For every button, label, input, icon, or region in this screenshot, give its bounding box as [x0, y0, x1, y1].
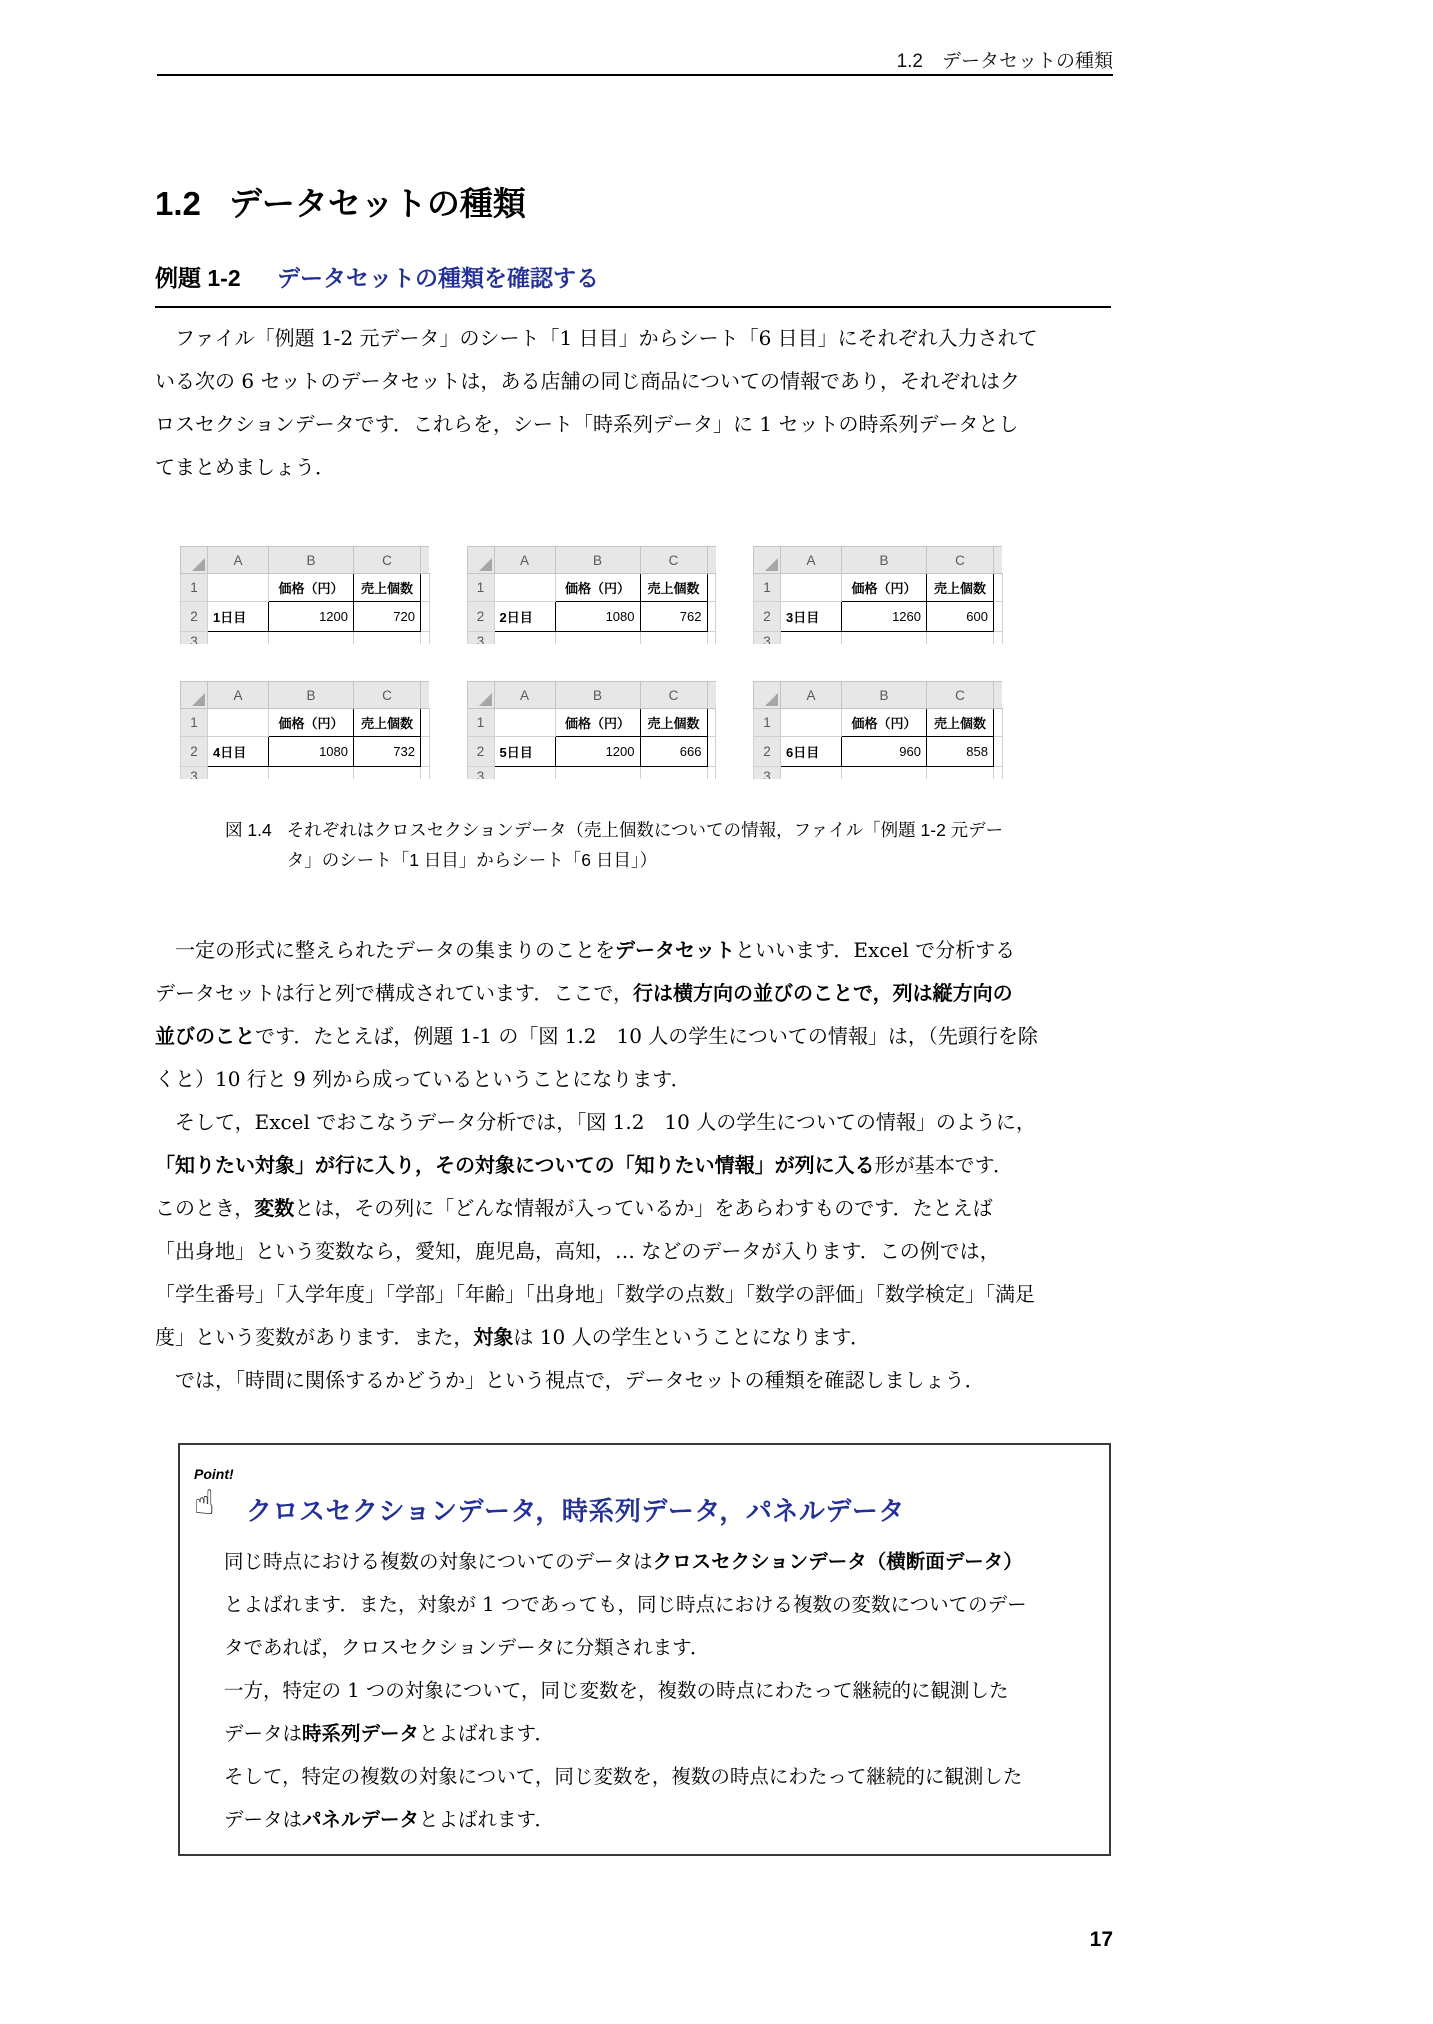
- excel-column-header-row: A B C: [467, 682, 716, 709]
- text-segment: では，「時間に関係するかどうか」という視点で，データセットの種類を確認しましょう…: [155, 1368, 985, 1392]
- excel-cell-partial: [707, 632, 716, 645]
- excel-col-header-b: B: [842, 682, 927, 709]
- excel-cell-empty: [208, 632, 269, 645]
- text-segment: ロスセクションデータです．これらを，シート「時系列データ」に 1 セットの時系列…: [155, 412, 1018, 436]
- text-line: 「学生番号」「入学年度」「学部」「年齢」「出身地」「数学の点数」「数学の評価」「…: [155, 1273, 1113, 1316]
- example-title: データセットの種類を確認する: [277, 265, 599, 291]
- excel-row-header-2: 2: [467, 737, 494, 767]
- excel-cell-empty: [781, 767, 842, 780]
- excel-row-header-3-digit: 3: [468, 632, 494, 644]
- excel-row-1: 1 価格（円） 売上個数: [754, 574, 1003, 602]
- excel-cell-empty: [555, 632, 640, 645]
- excel-cell-price-header: 価格（円）: [555, 709, 640, 737]
- excel-row-3-cut: 3: [181, 632, 430, 645]
- corner-triangle-icon: [192, 558, 205, 571]
- point-icon-column: Point! ☝: [194, 1465, 244, 1523]
- excel-sheet-screenshot: A B C 1 価格（円） 売上個数 2 3日目 1260 600 3: [753, 546, 1003, 644]
- excel-select-all-corner: [181, 547, 208, 574]
- point-box-header: Point! ☝ クロスセクションデータ，時系列データ，パネルデータ: [180, 1445, 1109, 1528]
- excel-col-header-c: C: [354, 547, 421, 574]
- excel-row-3-cut: 3: [467, 767, 716, 780]
- excel-cell-qty-header: 売上個数: [640, 709, 707, 737]
- text-line: このとき，変数とは，その列に「どんな情報が入っているか」をあらわすものです．たと…: [155, 1187, 1113, 1230]
- excel-column-header-row: A B C: [181, 547, 430, 574]
- bold-text-segment: データセット: [615, 940, 735, 962]
- excel-cell-partial: [421, 632, 430, 645]
- excel-cell-empty: [494, 767, 555, 780]
- excel-cell-price-value: 960: [842, 737, 927, 767]
- excel-row-header-3: 3: [467, 632, 494, 645]
- excel-cell-qty-value: 666: [640, 737, 707, 767]
- excel-cell-qty-header: 売上個数: [640, 574, 707, 602]
- excel-row-2: 2 3日目 1260 600: [754, 602, 1003, 632]
- text-segment: くと）10 行と 9 列から成っているということになります．: [155, 1067, 691, 1091]
- excel-col-header-b: B: [842, 547, 927, 574]
- excel-sheet-screenshot: A B C 1 価格（円） 売上個数 2 4日目 1080 732 3: [180, 681, 430, 779]
- excel-row-1: 1 価格（円） 売上個数: [754, 709, 1003, 737]
- bold-text-segment: 「知りたい対象」が行に入り，その対象についての「知りたい情報」が列に入る: [155, 1155, 875, 1177]
- excel-cell-qty-value: 858: [927, 737, 994, 767]
- excel-cell-partial: [421, 709, 430, 737]
- excel-cell-a1-empty: [208, 709, 269, 737]
- excel-row-2: 2 2日目 1080 762: [467, 602, 716, 632]
- text-segment: 一方，特定の 1 つの対象について，同じ変数を，複数の時点にわたって継続的に観測…: [224, 1679, 1009, 1702]
- excel-row-header-3-digit: 3: [754, 632, 780, 644]
- excel-cell-qty-value: 732: [354, 737, 421, 767]
- excel-column-header-row: A B C: [467, 547, 716, 574]
- text-segment: です．たとえば，例題 1-1 の「図 1.2 10 人の学生についての情報」は，…: [255, 1024, 1038, 1048]
- caption-line: それぞれはクロスセクションデータ（売上個数についての情報，ファイル「例題 1-2…: [287, 815, 1003, 845]
- text-segment: てまとめましょう．: [155, 455, 335, 479]
- excel-row-header-1: 1: [754, 574, 781, 602]
- excel-row-1: 1 価格（円） 売上個数: [467, 709, 716, 737]
- example-heading: 例題 1-2 データセットの種類を確認する: [155, 260, 1111, 308]
- excel-cell-partial: [994, 709, 1003, 737]
- text-line: タであれば，クロスセクションデータに分類されます．: [224, 1626, 1071, 1669]
- excel-cell-day-label: 1日目: [208, 602, 269, 632]
- corner-triangle-icon: [765, 558, 778, 571]
- excel-cell-partial: [994, 737, 1003, 767]
- excel-select-all-corner: [467, 547, 494, 574]
- excel-sheet-screenshot: A B C 1 価格（円） 売上個数 2 2日目 1080 762 3: [467, 546, 717, 644]
- point-box-body: 同じ時点における複数の対象についてのデータはクロスセクションデータ（横断面データ…: [180, 1528, 1109, 1841]
- corner-triangle-icon: [192, 693, 205, 706]
- excel-col-header-c: C: [927, 547, 994, 574]
- excel-cell-empty: [842, 767, 927, 780]
- text-segment: は 10 人の学生ということになります．: [513, 1325, 870, 1349]
- excel-cell-a1-empty: [208, 574, 269, 602]
- point-label: Point!: [194, 1465, 234, 1483]
- text-line: ロスセクションデータです．これらを，シート「時系列データ」に 1 セットの時系列…: [155, 403, 1113, 446]
- text-line: 「知りたい対象」が行に入り，その対象についての「知りたい情報」が列に入る形が基本…: [155, 1144, 1113, 1187]
- excel-row-2: 2 6日目 960 858: [754, 737, 1003, 767]
- excel-cell-empty: [354, 767, 421, 780]
- excel-row-3-cut: 3: [467, 632, 716, 645]
- excel-column-header-row: A B C: [181, 682, 430, 709]
- excel-figure-row-1: A B C 1 価格（円） 売上個数 2 1日目 1200 720 3: [180, 546, 1003, 644]
- excel-row-3-cut: 3: [181, 767, 430, 780]
- text-segment: といいます．Excel で分析する: [735, 938, 1015, 962]
- text-segment: とよばれます．: [419, 1722, 554, 1745]
- text-segment: 「出身地」という変数なら，愛知，鹿児島，高知，… などのデータが入ります．この例…: [155, 1239, 1000, 1263]
- excel-cell-a1-empty: [494, 709, 555, 737]
- text-line: 並びのことです．たとえば，例題 1-1 の「図 1.2 10 人の学生についての…: [155, 1015, 1113, 1058]
- textbook-page: 1.2 データセットの種類 1.2データセットの種類 例題 1-2 データセット…: [0, 0, 1433, 2024]
- section-name: データセットの種類: [229, 185, 526, 222]
- excel-cell-price-header: 価格（円）: [842, 574, 927, 602]
- running-header: 1.2 データセットの種類: [157, 46, 1113, 76]
- text-segment: データセットは行と列で構成されています．ここで，: [155, 981, 633, 1005]
- excel-cell-empty: [927, 632, 994, 645]
- text-segment: 同じ時点における複数の対象についてのデータは: [224, 1550, 653, 1573]
- excel-row-3-cut: 3: [754, 632, 1003, 645]
- excel-cell-qty-header: 売上個数: [927, 574, 994, 602]
- excel-cell-partial: [994, 602, 1003, 632]
- excel-cell-partial: [421, 602, 430, 632]
- bold-text-segment: 並びのこと: [155, 1026, 255, 1048]
- excel-cell-qty-header: 売上個数: [927, 709, 994, 737]
- excel-sheet-screenshot: A B C 1 価格（円） 売上個数 2 6日目 960 858 3: [753, 681, 1003, 779]
- excel-cell-price-header: 価格（円）: [269, 574, 354, 602]
- excel-col-header-b: B: [555, 547, 640, 574]
- excel-row-header-1: 1: [467, 709, 494, 737]
- text-line: 同じ時点における複数の対象についてのデータはクロスセクションデータ（横断面データ…: [224, 1540, 1071, 1583]
- excel-select-all-corner: [181, 682, 208, 709]
- text-segment: とよばれます．: [419, 1808, 554, 1831]
- excel-cell-price-value: 1200: [269, 602, 354, 632]
- excel-col-header-b: B: [269, 547, 354, 574]
- text-segment: いる次の 6 セットのデータセットは，ある店舗の同じ商品についての情報であり，そ…: [155, 369, 1020, 393]
- excel-cell-empty: [842, 632, 927, 645]
- excel-row-header-3: 3: [467, 767, 494, 780]
- excel-cell-qty-header: 売上個数: [354, 574, 421, 602]
- excel-cell-qty-value: 600: [927, 602, 994, 632]
- excel-cell-price-header: 価格（円）: [555, 574, 640, 602]
- text-line: 「出身地」という変数なら，愛知，鹿児島，高知，… などのデータが入ります．この例…: [155, 1230, 1113, 1273]
- excel-cell-price-value: 1080: [555, 602, 640, 632]
- excel-row-2: 2 1日目 1200 720: [181, 602, 430, 632]
- excel-cell-price-value: 1200: [555, 737, 640, 767]
- excel-cell-partial: [707, 737, 716, 767]
- text-segment: 「学生番号」「入学年度」「学部」「年齢」「出身地」「数学の点数」「数学の評価」「…: [155, 1282, 1035, 1306]
- figure-caption-text: それぞれはクロスセクションデータ（売上個数についての情報，ファイル「例題 1-2…: [287, 815, 1003, 875]
- section-number: 1.2: [155, 185, 201, 222]
- pointing-hand-icon: ☝: [194, 1483, 215, 1523]
- corner-triangle-icon: [479, 558, 492, 571]
- text-segment: とは，その列に「どんな情報が入っているか」をあらわすものです．たとえば: [294, 1196, 992, 1220]
- excel-col-header-c: C: [927, 682, 994, 709]
- excel-cell-qty-header: 売上個数: [354, 709, 421, 737]
- excel-row-header-3-digit: 3: [181, 632, 207, 644]
- excel-cell-a1-empty: [781, 574, 842, 602]
- excel-cell-empty: [269, 767, 354, 780]
- figure-caption: 図 1.4 それぞれはクロスセクションデータ（売上個数についての情報，ファイル「…: [225, 815, 1003, 875]
- text-line: そして，Excel でおこなうデータ分析では，「図 1.2 10 人の学生につい…: [155, 1101, 1113, 1144]
- excel-row-2: 2 5日目 1200 666: [467, 737, 716, 767]
- intro-paragraph: ファイル「例題 1-2 元データ」のシート「1 日目」からシート「6 日目」にそ…: [155, 317, 1113, 489]
- excel-cell-partial: [994, 632, 1003, 645]
- bold-text-segment: 行は横方向の並びのことで，列は縦方向の: [633, 983, 1013, 1005]
- excel-cell-partial: [421, 574, 430, 602]
- text-segment: 形が基本です．: [875, 1153, 1013, 1177]
- excel-row-header-3: 3: [754, 767, 781, 780]
- excel-col-header-partial: [421, 547, 430, 574]
- excel-cell-empty: [208, 767, 269, 780]
- excel-row-header-3-digit: 3: [468, 767, 494, 779]
- excel-col-header-c: C: [640, 547, 707, 574]
- corner-triangle-icon: [479, 693, 492, 706]
- excel-col-header-a: A: [494, 682, 555, 709]
- text-line: データセットは行と列で構成されています．ここで，行は横方向の並びのことで，列は縦…: [155, 972, 1113, 1015]
- text-segment: 一定の形式に整えられたデータの集まりのことを: [155, 938, 615, 962]
- text-line: くと）10 行と 9 列から成っているということになります．: [155, 1058, 1113, 1101]
- excel-cell-day-label: 6日目: [781, 737, 842, 767]
- example-label: 例題 1-2: [155, 265, 241, 291]
- excel-cell-partial: [994, 574, 1003, 602]
- excel-row-header-3: 3: [181, 632, 208, 645]
- excel-row-header-1: 1: [181, 574, 208, 602]
- excel-row-header-2: 2: [754, 737, 781, 767]
- bold-text-segment: 変数: [254, 1198, 294, 1220]
- excel-cell-day-label: 2日目: [494, 602, 555, 632]
- excel-col-header-partial: [421, 682, 430, 709]
- text-line: そして，特定の複数の対象について，同じ変数を，複数の時点にわたって継続的に観測し…: [224, 1755, 1071, 1798]
- text-line: データはパネルデータとよばれます．: [224, 1798, 1071, 1841]
- excel-row-header-2: 2: [181, 602, 208, 632]
- excel-cell-empty: [494, 632, 555, 645]
- excel-col-header-partial: [994, 682, 1003, 709]
- excel-col-header-b: B: [269, 682, 354, 709]
- text-line: いる次の 6 セットのデータセットは，ある店舗の同じ商品についての情報であり，そ…: [155, 360, 1113, 403]
- excel-cell-a1-empty: [494, 574, 555, 602]
- excel-cell-empty: [354, 632, 421, 645]
- bold-text-segment: 時系列データ: [302, 1723, 419, 1745]
- text-line: では，「時間に関係するかどうか」という視点で，データセットの種類を確認しましょう…: [155, 1359, 1113, 1402]
- excel-cell-partial: [421, 767, 430, 780]
- excel-col-header-a: A: [494, 547, 555, 574]
- running-header-text: 1.2 データセットの種類: [897, 51, 1113, 72]
- caption-line: タ」のシート「1 日目」からシート「6 日目」）: [287, 845, 1003, 875]
- excel-col-header-c: C: [640, 682, 707, 709]
- excel-cell-price-header: 価格（円）: [842, 709, 927, 737]
- text-line: 度」という変数があります．また，対象は 10 人の学生ということになります．: [155, 1316, 1113, 1359]
- excel-row-1: 1 価格（円） 売上個数: [181, 574, 430, 602]
- text-line: 一定の形式に整えられたデータの集まりのことをデータセットといいます．Excel …: [155, 929, 1113, 972]
- text-segment: データは: [224, 1808, 302, 1831]
- excel-row-1: 1 価格（円） 売上個数: [181, 709, 430, 737]
- text-segment: データは: [224, 1722, 302, 1745]
- excel-select-all-corner: [754, 682, 781, 709]
- excel-cell-day-label: 5日目: [494, 737, 555, 767]
- excel-col-header-partial: [707, 682, 716, 709]
- text-segment: とよばれます．また，対象が 1 つであっても，同じ時点における複数の変数について…: [224, 1593, 1027, 1616]
- excel-row-3-cut: 3: [754, 767, 1003, 780]
- excel-cell-partial: [994, 767, 1003, 780]
- excel-row-header-1: 1: [181, 709, 208, 737]
- excel-cell-partial: [707, 767, 716, 780]
- excel-row-header-3-digit: 3: [181, 767, 207, 779]
- text-segment: タであれば，クロスセクションデータに分類されます．: [224, 1636, 710, 1659]
- excel-col-header-b: B: [555, 682, 640, 709]
- text-segment: そして，特定の複数の対象について，同じ変数を，複数の時点にわたって継続的に観測し…: [224, 1765, 1022, 1788]
- excel-cell-empty: [640, 632, 707, 645]
- body-paragraphs: 一定の形式に整えられたデータの集まりのことをデータセットといいます．Excel …: [155, 929, 1113, 1402]
- excel-select-all-corner: [754, 547, 781, 574]
- excel-row-header-3: 3: [181, 767, 208, 780]
- excel-row-header-2: 2: [467, 602, 494, 632]
- text-line: てまとめましょう．: [155, 446, 1113, 489]
- excel-column-header-row: A B C: [754, 547, 1003, 574]
- excel-col-header-partial: [994, 547, 1003, 574]
- excel-column-header-row: A B C: [754, 682, 1003, 709]
- excel-row-header-3-digit: 3: [754, 767, 780, 779]
- excel-row-header-1: 1: [467, 574, 494, 602]
- excel-cell-empty: [781, 632, 842, 645]
- excel-row-header-3: 3: [754, 632, 781, 645]
- excel-cell-partial: [707, 574, 716, 602]
- excel-row-header-1: 1: [754, 709, 781, 737]
- text-segment: このとき，: [155, 1196, 254, 1220]
- text-segment: ファイル「例題 1-2 元データ」のシート「1 日目」からシート「6 日目」にそ…: [155, 326, 1038, 350]
- excel-cell-qty-value: 720: [354, 602, 421, 632]
- excel-cell-day-label: 3日目: [781, 602, 842, 632]
- bold-text-segment: パネルデータ: [302, 1809, 419, 1831]
- excel-cell-empty: [927, 767, 994, 780]
- excel-col-header-partial: [707, 547, 716, 574]
- text-line: 一方，特定の 1 つの対象について，同じ変数を，複数の時点にわたって継続的に観測…: [224, 1669, 1071, 1712]
- excel-cell-empty: [555, 767, 640, 780]
- text-segment: 度」という変数があります．また，: [155, 1325, 473, 1349]
- excel-cell-empty: [269, 632, 354, 645]
- excel-cell-day-label: 4日目: [208, 737, 269, 767]
- excel-cell-price-value: 1080: [269, 737, 354, 767]
- excel-col-header-a: A: [781, 547, 842, 574]
- excel-select-all-corner: [467, 682, 494, 709]
- text-line: ファイル「例題 1-2 元データ」のシート「1 日目」からシート「6 日目」にそ…: [155, 317, 1113, 360]
- section-title: 1.2データセットの種類: [155, 178, 526, 225]
- excel-cell-partial: [421, 737, 430, 767]
- excel-col-header-a: A: [208, 547, 269, 574]
- bold-text-segment: 対象: [473, 1327, 513, 1349]
- text-line: とよばれます．また，対象が 1 つであっても，同じ時点における複数の変数について…: [224, 1583, 1071, 1626]
- excel-cell-qty-value: 762: [640, 602, 707, 632]
- excel-cell-partial: [707, 602, 716, 632]
- point-box: Point! ☝ クロスセクションデータ，時系列データ，パネルデータ 同じ時点に…: [178, 1443, 1111, 1856]
- excel-row-1: 1 価格（円） 売上個数: [467, 574, 716, 602]
- excel-sheet-screenshot: A B C 1 価格（円） 売上個数 2 1日目 1200 720 3: [180, 546, 430, 644]
- text-segment: そして，Excel でおこなうデータ分析では，「図 1.2 10 人の学生につい…: [155, 1110, 1036, 1134]
- excel-cell-partial: [707, 709, 716, 737]
- corner-triangle-icon: [765, 693, 778, 706]
- page-number: 17: [155, 1928, 1113, 1952]
- excel-figure-row-2: A B C 1 価格（円） 売上個数 2 4日目 1080 732 3: [180, 681, 1003, 779]
- excel-cell-a1-empty: [781, 709, 842, 737]
- text-line: データは時系列データとよばれます．: [224, 1712, 1071, 1755]
- bold-text-segment: クロスセクションデータ（横断面データ）: [653, 1551, 1023, 1573]
- excel-row-header-2: 2: [754, 602, 781, 632]
- excel-col-header-a: A: [208, 682, 269, 709]
- excel-cell-price-value: 1260: [842, 602, 927, 632]
- excel-sheet-screenshot: A B C 1 価格（円） 売上個数 2 5日目 1200 666 3: [467, 681, 717, 779]
- excel-cell-empty: [640, 767, 707, 780]
- excel-row-header-2: 2: [181, 737, 208, 767]
- figure-caption-label: 図 1.4: [225, 815, 272, 875]
- point-heading: クロスセクションデータ，時系列データ，パネルデータ: [246, 1491, 905, 1528]
- excel-col-header-a: A: [781, 682, 842, 709]
- excel-cell-price-header: 価格（円）: [269, 709, 354, 737]
- excel-row-2: 2 4日目 1080 732: [181, 737, 430, 767]
- excel-col-header-c: C: [354, 682, 421, 709]
